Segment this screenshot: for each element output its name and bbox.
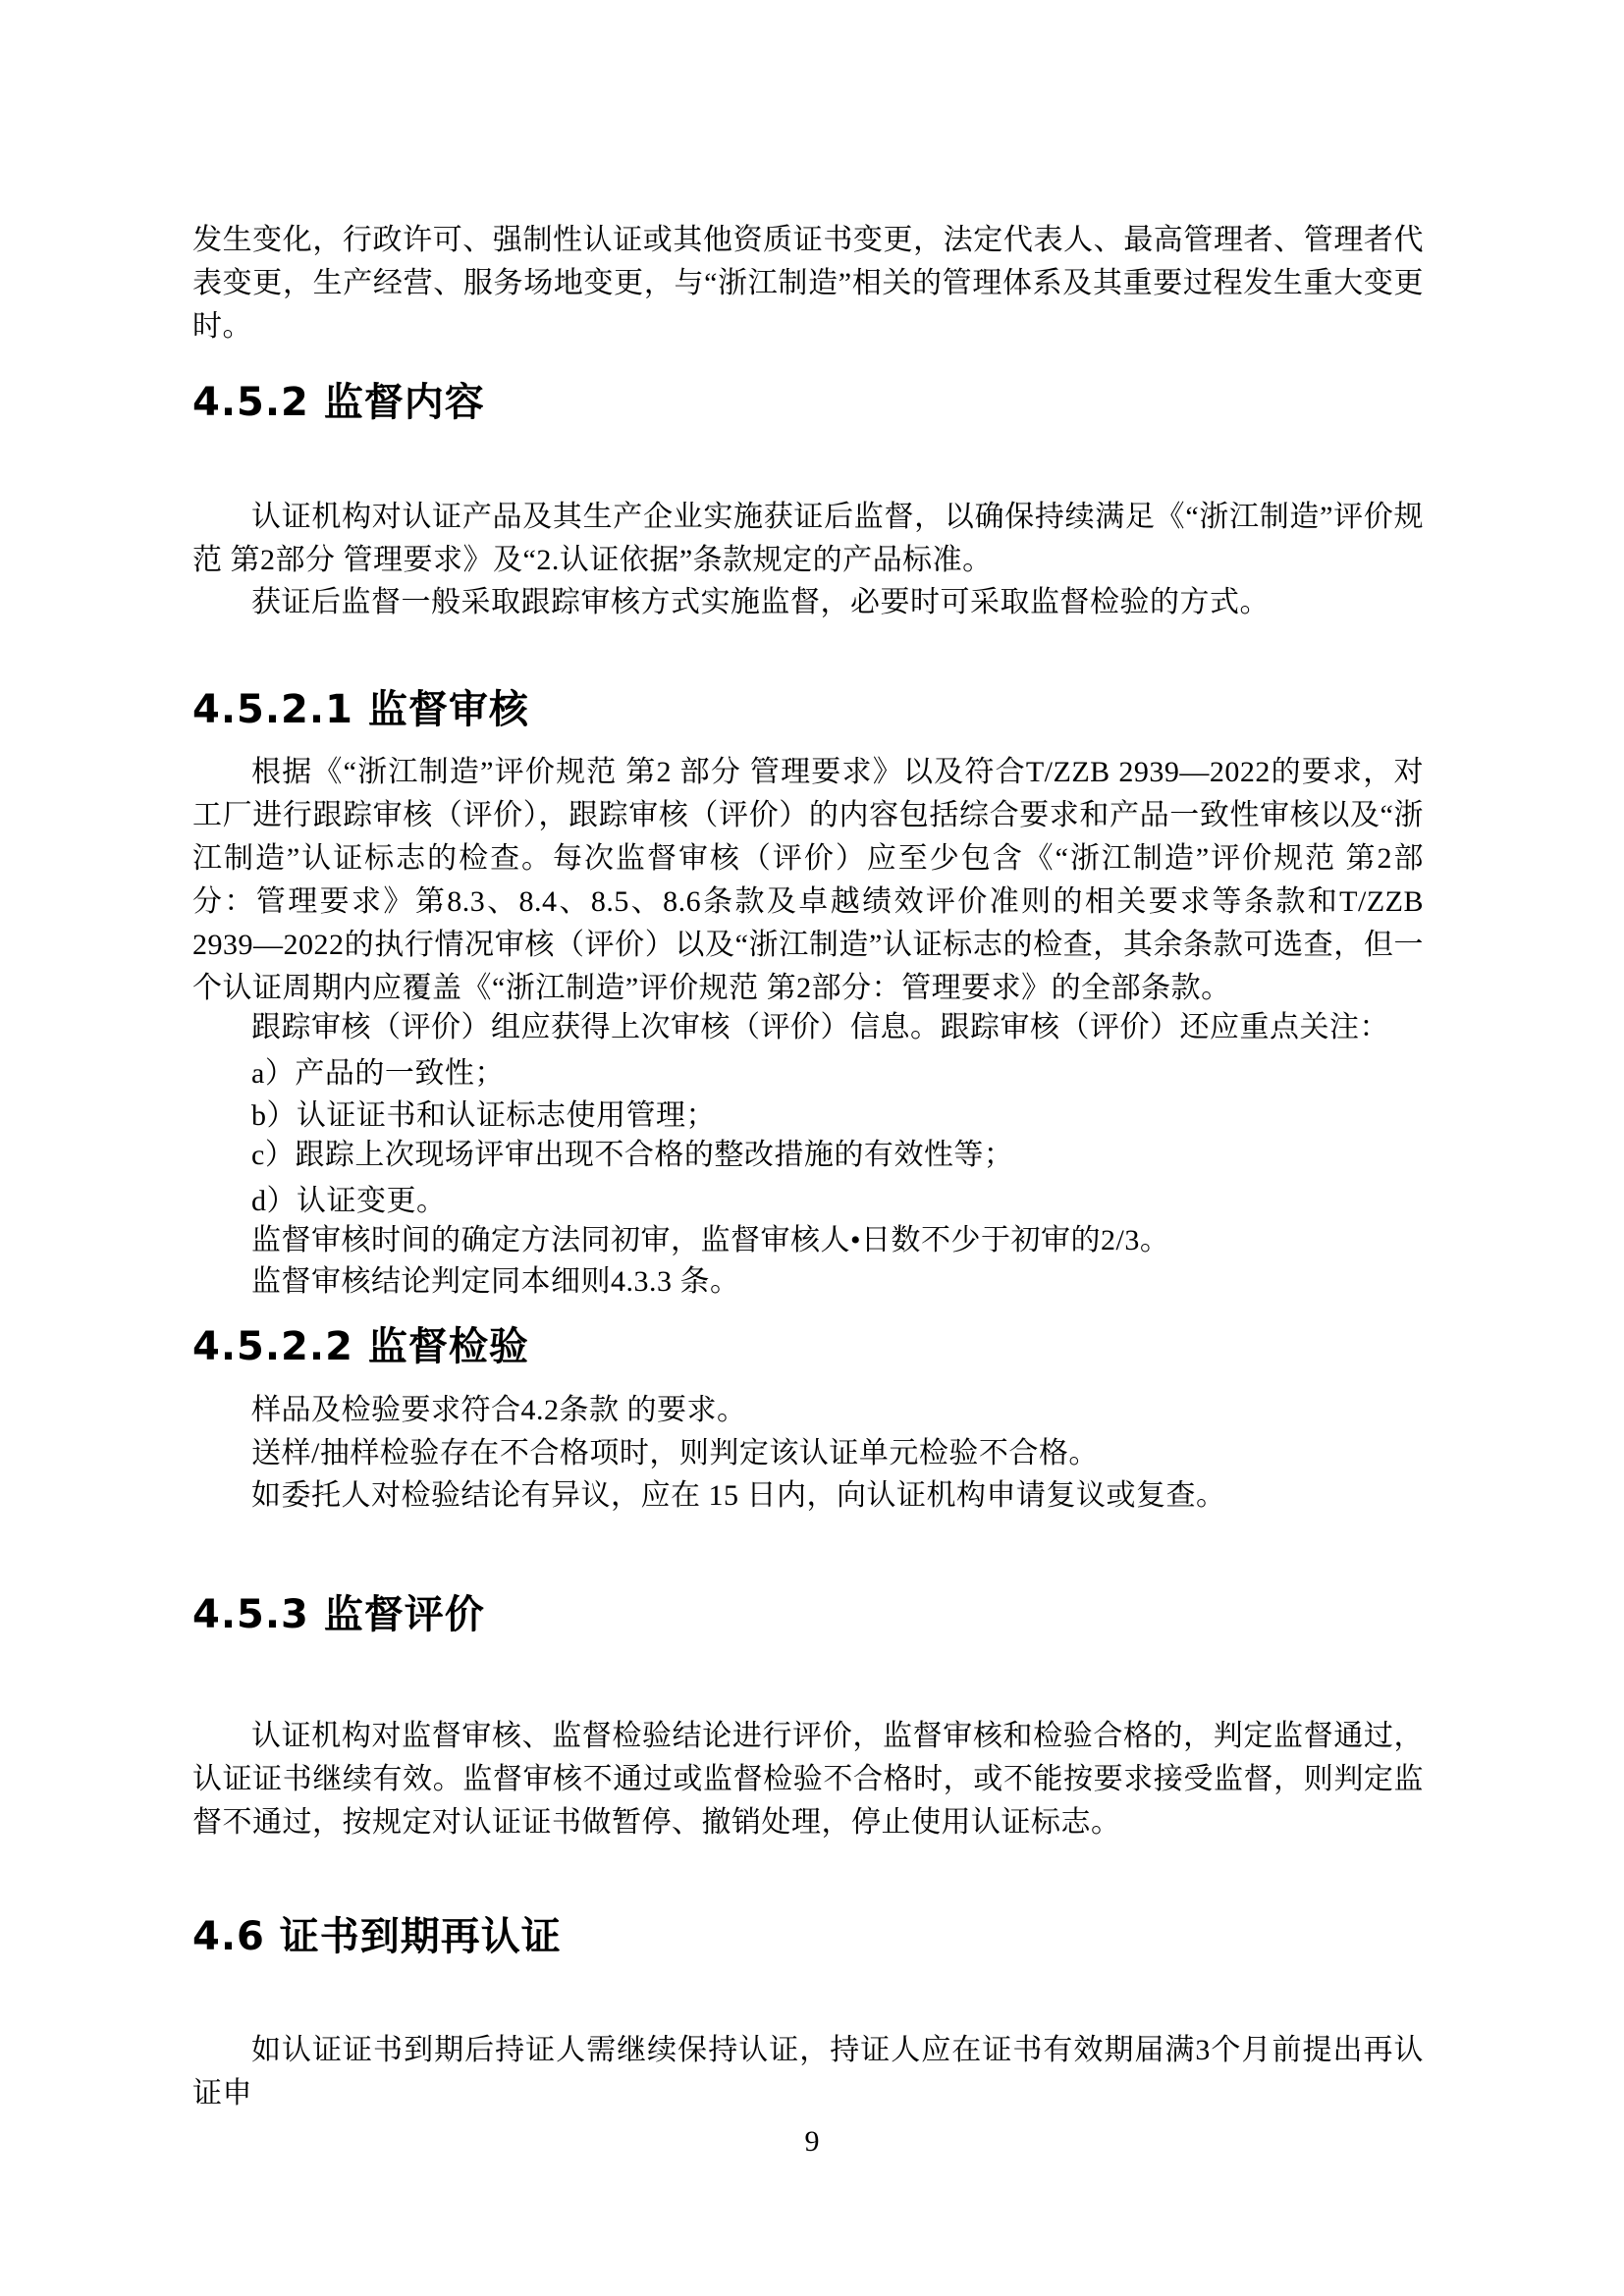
- paragraph-audit-conclusion: 监督审核结论判定同本细则4.3.3 条。: [192, 1260, 1424, 1304]
- paragraph-audit-time: 监督审核时间的确定方法同初审，监督审核人•日数不少于初审的2/3。: [192, 1219, 1424, 1262]
- paragraph-objection-review: 如委托人对检验结论有异议，应在 15 日内，向认证机构申请复议或复查。: [192, 1474, 1424, 1518]
- document-page: 发生变化，行政许可、强制性认证或其他资质证书变更，法定代表人、最高管理者、管理者…: [0, 0, 1624, 2296]
- list-item-a: a）产品的一致性；: [192, 1052, 1424, 1095]
- paragraph-supervision-audit: 根据《“浙江制造”评价规范 第2 部分 管理要求》以及符合T/ZZB 2939—…: [192, 751, 1424, 1010]
- paragraph-supervision-method: 获证后监督一般采取跟踪审核方式实施监督，必要时可采取监督检验的方式。: [192, 581, 1424, 624]
- paragraph-tracking-audit-focus: 跟踪审核（评价）组应获得上次审核（评价）信息。跟踪审核（评价）还应重点关注：: [192, 1006, 1424, 1049]
- section-heading-4-5-2-2: 4.5.2.2 监督检验: [192, 1324, 1424, 1369]
- section-heading-4-6: 4.6 证书到期再认证: [192, 1914, 1424, 1959]
- list-item-d: d）认证变更。: [192, 1180, 1424, 1223]
- paragraph-nonconforming-item: 送样/抽样检验存在不合格项时，则判定该认证单元检验不合格。: [192, 1432, 1424, 1475]
- list-item-c: c）跟踪上次现场评审出现不合格的整改措施的有效性等；: [192, 1134, 1424, 1177]
- paragraph-recertification: 如认证证书到期后持证人需继续保持认证，持证人应在证书有效期届满3个月前提出再认证…: [192, 2029, 1424, 2115]
- paragraph-sample-requirement: 样品及检验要求符合4.2条款 的要求。: [192, 1389, 1424, 1432]
- paragraph-change-conditions: 发生变化，行政许可、强制性认证或其他资质证书变更，法定代表人、最高管理者、管理者…: [192, 219, 1424, 348]
- section-heading-4-5-3: 4.5.3 监督评价: [192, 1592, 1424, 1637]
- paragraph-supervision-content: 认证机构对认证产品及其生产企业实施获证后监督，以确保持续满足《“浙江制造”评价规…: [192, 496, 1424, 582]
- section-heading-4-5-2: 4.5.2 监督内容: [192, 380, 1424, 425]
- list-item-b: b）认证证书和认证标志使用管理；: [192, 1095, 1424, 1138]
- paragraph-supervision-evaluation: 认证机构对监督审核、监督检验结论进行评价，监督审核和检验合格的，判定监督通过，认…: [192, 1715, 1424, 1844]
- section-heading-4-5-2-1: 4.5.2.1 监督审核: [192, 687, 1424, 732]
- page-number: 9: [0, 2124, 1624, 2160]
